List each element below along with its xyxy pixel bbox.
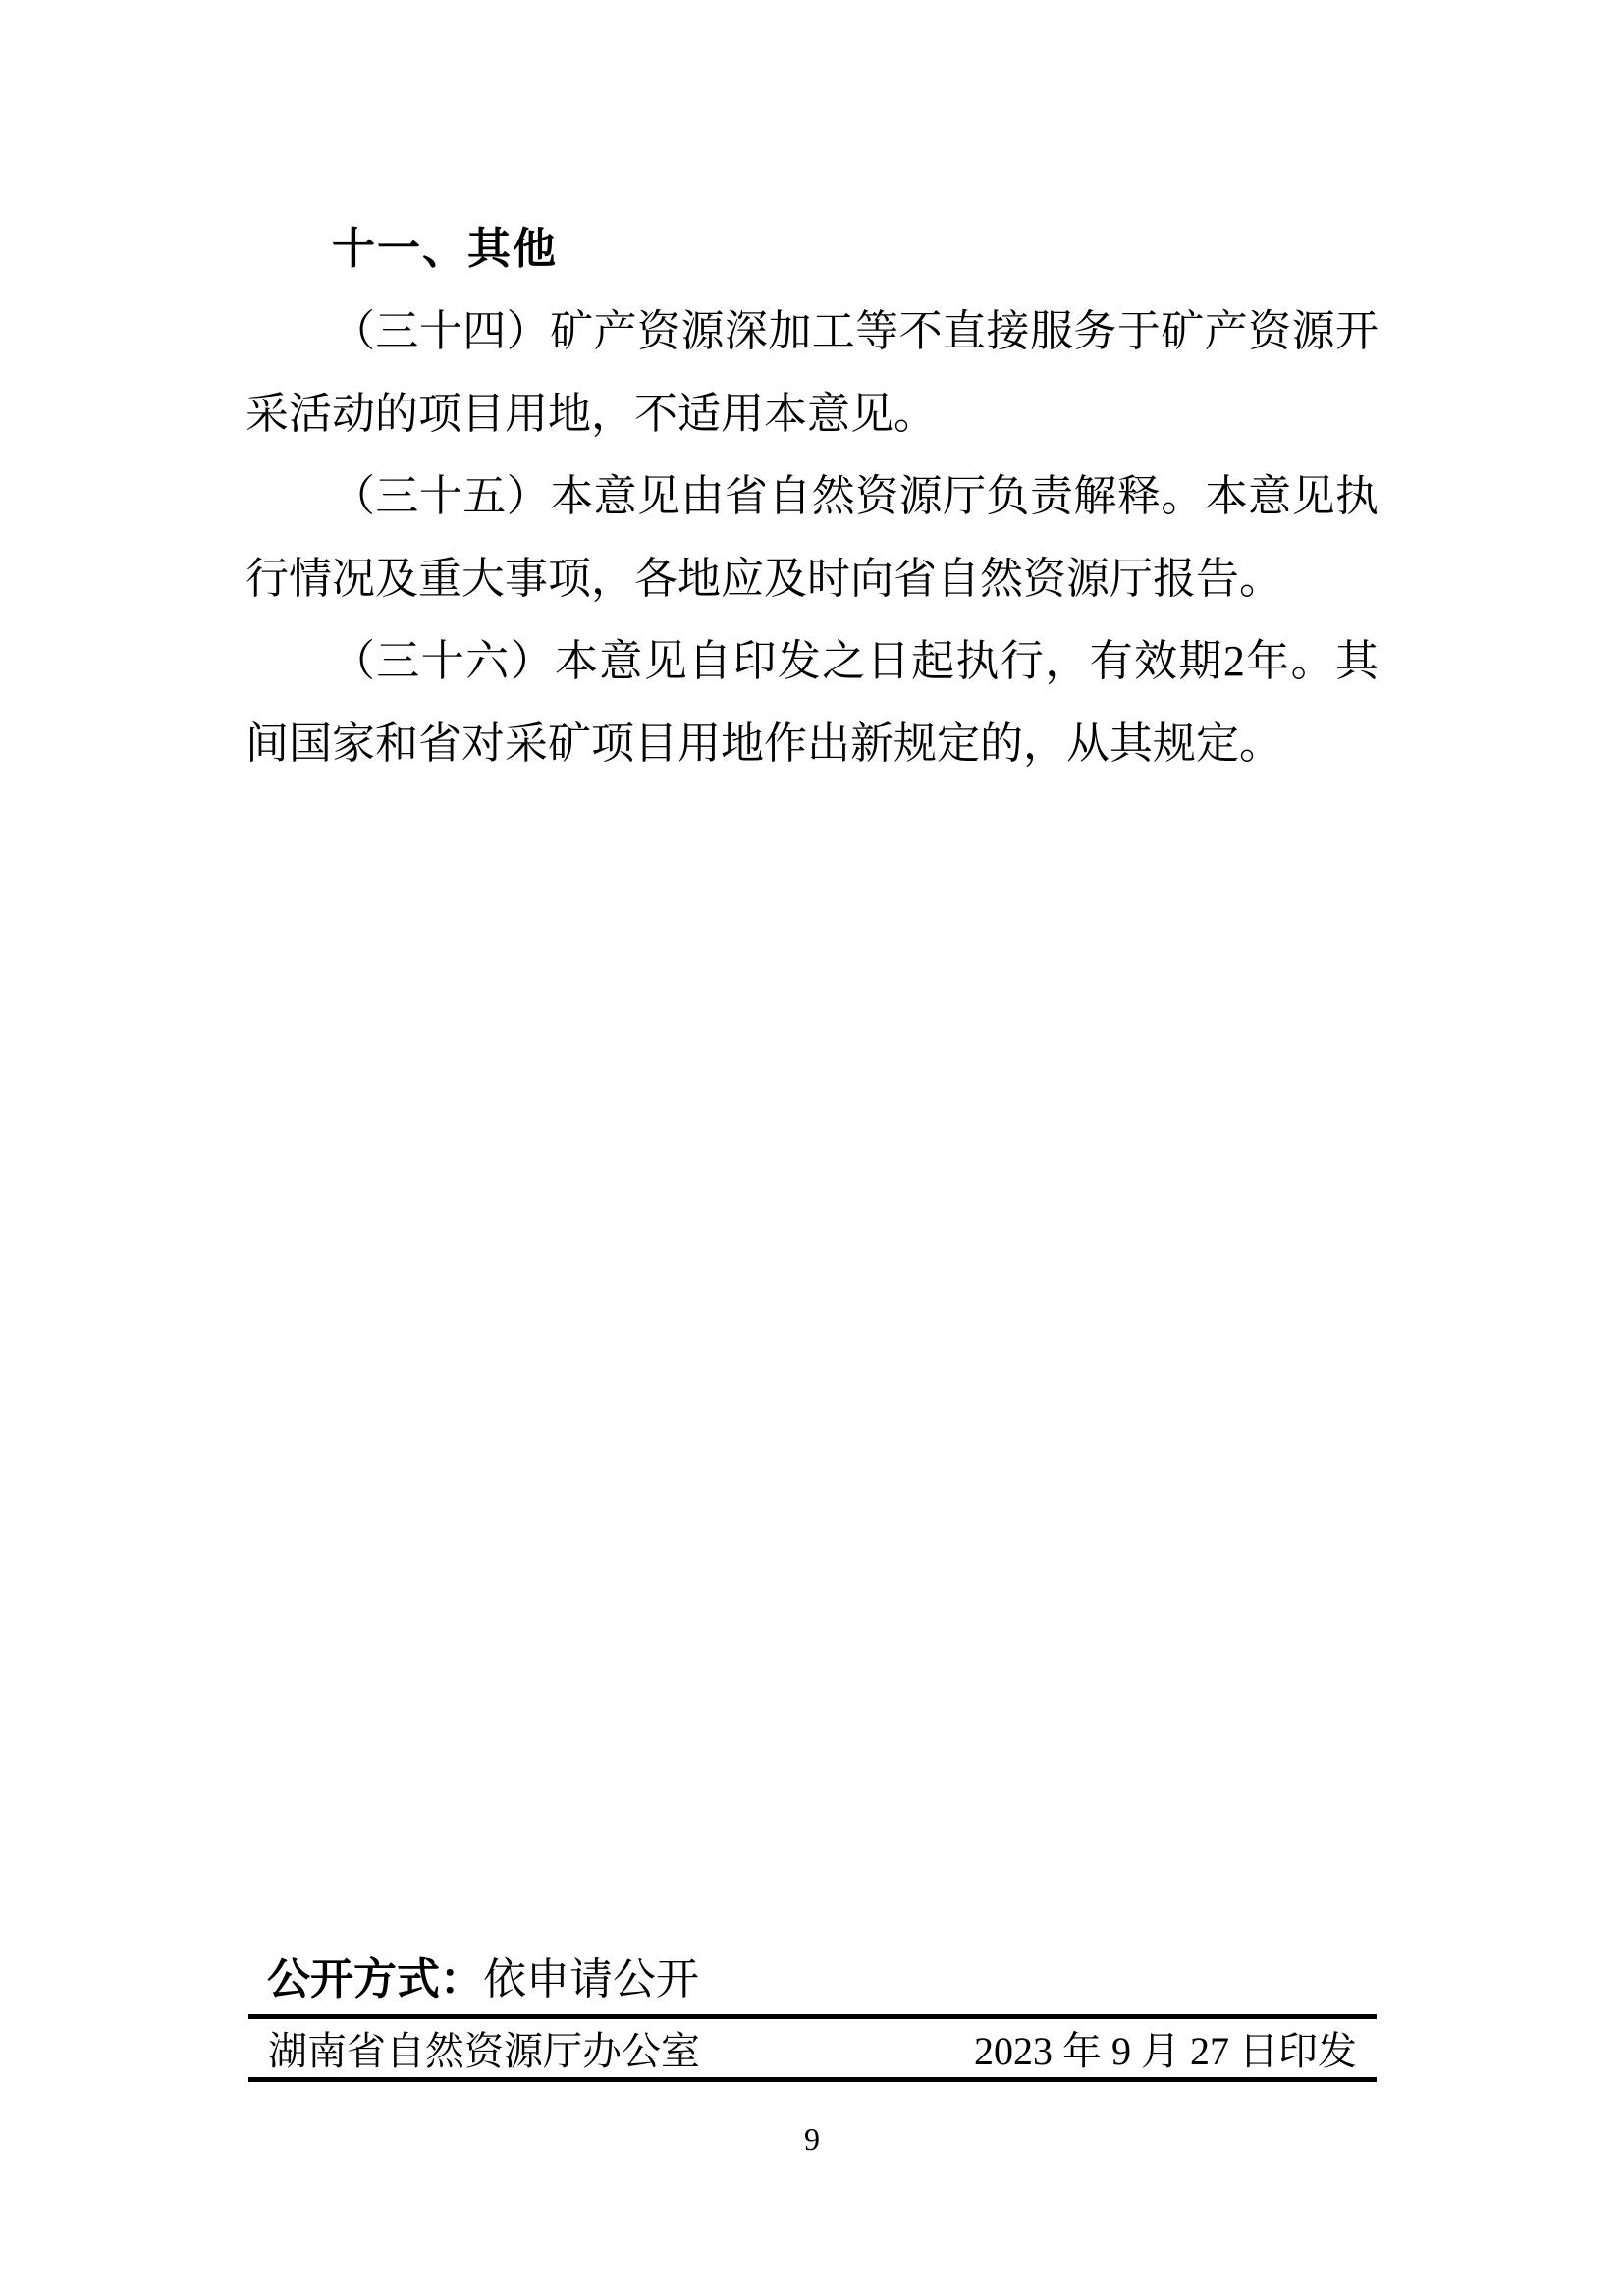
footer-divider-bottom <box>248 2077 1377 2082</box>
paragraph-34: （三十四）矿产资源深加工等不直接服务于矿产资源开采活动的项目用地，不适用本意见。 <box>245 291 1379 455</box>
section-heading: 十一、其他 <box>245 208 1379 291</box>
disclosure-row: 公开方式：依申请公开 <box>267 1955 699 2004</box>
issuing-office: 湖南省自然资源厅办公室 <box>268 2020 700 2076</box>
paragraph-36: （三十六）本意见自印发之日起执行，有效期2年。其间国家和省对采矿项目用地作出新规… <box>245 620 1379 785</box>
document-body: 十一、其他 （三十四）矿产资源深加工等不直接服务于矿产资源开采活动的项目用地，不… <box>245 208 1379 785</box>
page-number: 9 <box>0 2120 1624 2158</box>
issue-date: 2023 年 9 月 27 日印发 <box>974 2020 1357 2076</box>
colophon-row: 湖南省自然资源厅办公室 2023 年 9 月 27 日印发 <box>248 2019 1377 2077</box>
disclosure-label: 公开方式： <box>267 1955 483 2003</box>
document-page: 十一、其他 （三十四）矿产资源深加工等不直接服务于矿产资源开采活动的项目用地，不… <box>0 0 1624 2296</box>
disclosure-value: 依申请公开 <box>483 1955 699 2003</box>
paragraph-35: （三十五）本意见由省自然资源厅负责解释。本意见执行情况及重大事项，各地应及时向省… <box>245 455 1379 620</box>
